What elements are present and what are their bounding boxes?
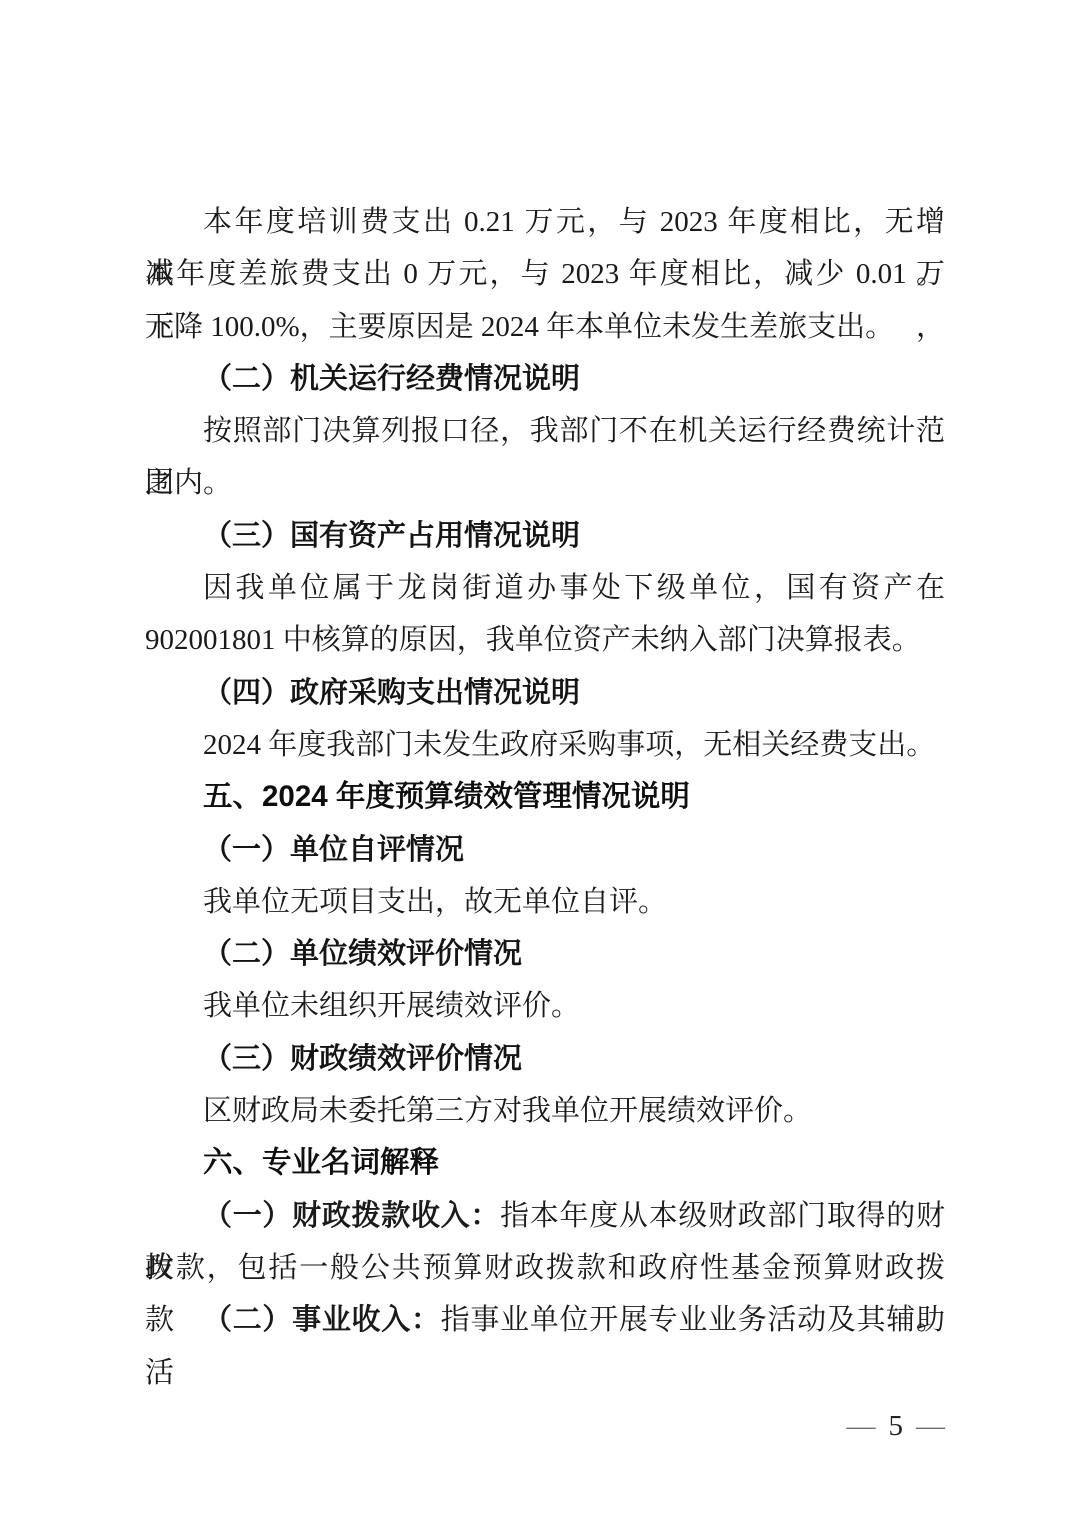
page-number: 5 (889, 1410, 904, 1442)
body-line: 之内。 (145, 457, 945, 509)
term-label: （二）事业收入： (203, 1304, 441, 1336)
body-line: （二）事业收入：指事业单位开展专业业务活动及其辅助活 (145, 1294, 945, 1346)
document-page: 本年度培训费支出 0.21 万元，与 2023 年度相比，无增减。 本年度差旅费… (0, 0, 1075, 1520)
subsection-heading: （四）政府采购支出情况说明 (145, 667, 945, 719)
body-line: 我单位未组织开展绩效评价。 (145, 980, 945, 1032)
body-line: 902001801 中核算的原因，我单位资产未纳入部门决算报表。 (145, 614, 945, 666)
body-line: 下降 100.0%，主要原因是 2024 年本单位未发生差旅支出。 (145, 301, 945, 353)
body-line: 2024 年度我部门未发生政府采购事项，无相关经费支出。 (145, 719, 945, 771)
body-line: 区财政局未委托第三方对我单位开展绩效评价。 (145, 1085, 945, 1137)
subsection-heading: （三）财政绩效评价情况 (145, 1033, 945, 1085)
body-line: 本年度培训费支出 0.21 万元，与 2023 年度相比，无增减。 (145, 196, 945, 248)
subsection-heading: （二）单位绩效评价情况 (145, 928, 945, 980)
section-heading: 六、专业名词解释 (145, 1137, 945, 1189)
body-line: 因我单位属于龙岗街道办事处下级单位，国有资产在 (145, 562, 945, 614)
page-footer: —5— (145, 1400, 945, 1452)
term-label: （一）财政拨款收入： (203, 1200, 500, 1232)
subsection-heading: （三）国有资产占用情况说明 (145, 510, 945, 562)
body-line: 按照部门决算列报口径，我部门不在机关运行经费统计范围 (145, 405, 945, 457)
footer-dash-right: — (916, 1410, 945, 1442)
footer-dash-left: — (847, 1410, 876, 1442)
body-line: 本年度差旅费支出 0 万元，与 2023 年度相比，减少 0.01 万元， (145, 248, 945, 300)
section-heading: 五、2024 年度预算绩效管理情况说明 (145, 771, 945, 823)
body-line: 我单位无项目支出，故无单位自评。 (145, 876, 945, 928)
body-line: （一）财政拨款收入：指本年度从本级财政部门取得的财政 (145, 1190, 945, 1242)
subsection-heading: （二）机关运行经费情况说明 (145, 353, 945, 405)
body-line: 拨款，包括一般公共预算财政拨款和政府性基金预算财政拨款。 (145, 1242, 945, 1294)
subsection-heading: （一）单位自评情况 (145, 824, 945, 876)
text-block: 本年度培训费支出 0.21 万元，与 2023 年度相比，无增减。 本年度差旅费… (145, 196, 945, 1347)
